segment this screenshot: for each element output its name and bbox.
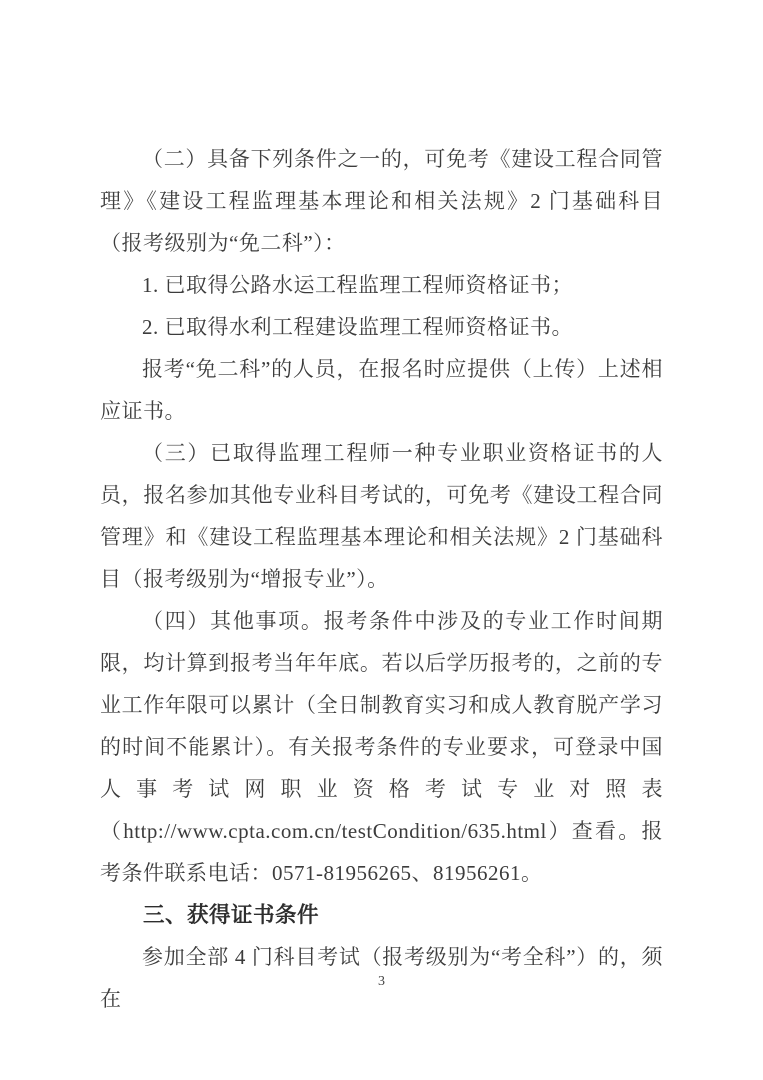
page-number: 3: [0, 974, 763, 990]
paragraph: （四）其他事项。报考条件中涉及的专业工作时间期限，均计算到报考当年年底。若以后学…: [100, 600, 663, 894]
document-body: （二）具备下列条件之一的，可免考《建设工程合同管理》《建设工程监理基本理论和相关…: [100, 138, 663, 1020]
paragraph: （三）已取得监理工程师一种专业职业资格证书的人员，报名参加其他专业科目考试的，可…: [100, 432, 663, 600]
document-page: （二）具备下列条件之一的，可免考《建设工程合同管理》《建设工程监理基本理论和相关…: [0, 0, 763, 1080]
paragraph: 1. 已取得公路水运工程监理工程师资格证书；: [100, 264, 663, 306]
paragraph: 2. 已取得水利工程建设监理工程师资格证书。: [100, 306, 663, 348]
paragraph: 报考“免二科”的人员，在报名时应提供（上传）上述相应证书。: [100, 348, 663, 432]
section-heading: 三、获得证书条件: [100, 894, 663, 936]
paragraph: （二）具备下列条件之一的，可免考《建设工程合同管理》《建设工程监理基本理论和相关…: [100, 138, 663, 264]
